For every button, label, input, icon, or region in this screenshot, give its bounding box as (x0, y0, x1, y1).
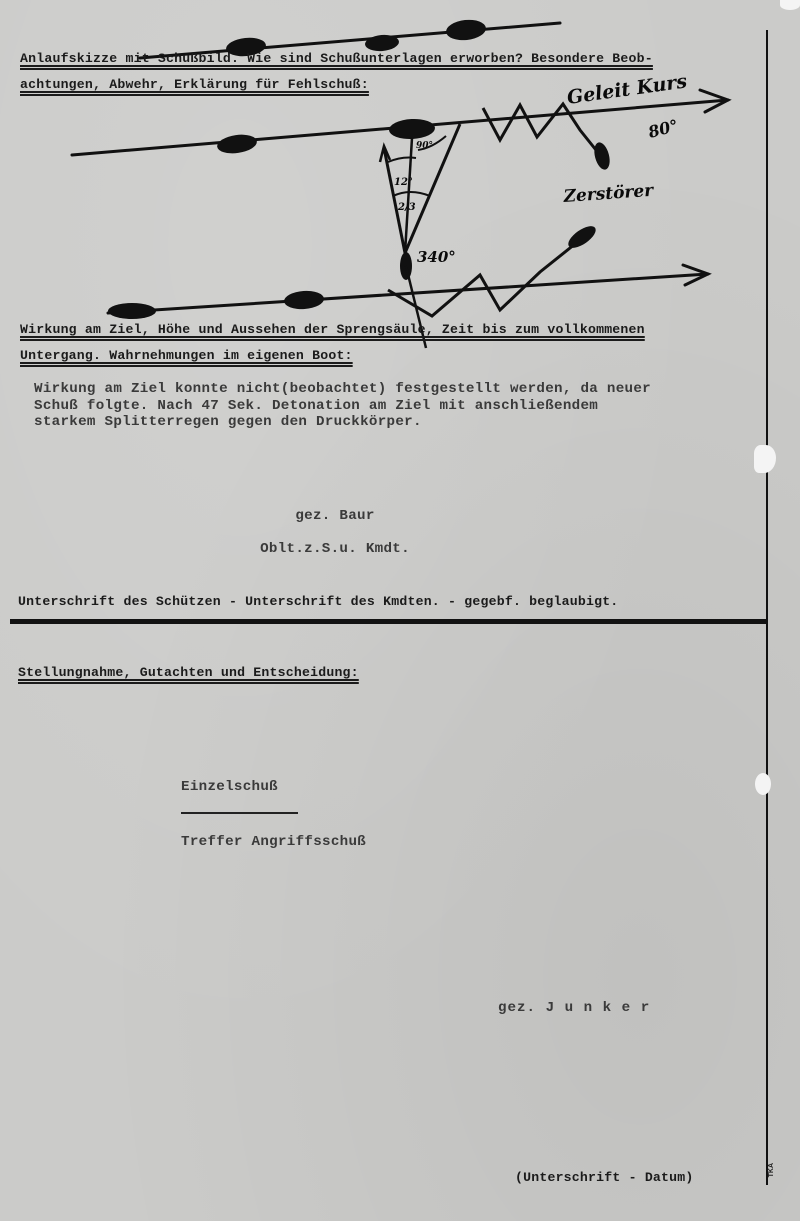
commander-signature: gez. Baur (185, 508, 485, 524)
strike-rule (181, 812, 298, 814)
punch-hole (780, 0, 800, 10)
shot-result: Treffer Angriffsschuß (181, 834, 366, 850)
document-page (0, 0, 800, 1221)
signature-caption: Unterschrift des Schützen - Unterschrift… (18, 594, 618, 609)
signature-date-caption: (Unterschrift - Datum) (515, 1170, 694, 1185)
sketch-section-label: achtungen, Abwehr, Erklärung für Fehlsch… (20, 77, 369, 92)
archive-stamp: TKA (768, 1163, 775, 1177)
commander-rank: Oblt.z.S.u. Kmdt. (185, 541, 485, 557)
section-divider (10, 619, 766, 624)
effect-section-label: Untergang. Wahrnehmungen im eigenen Boot… (20, 348, 353, 363)
sketch-section-label: Anlaufskizze mit Schußbild. Wie sind Sch… (20, 51, 653, 66)
shot-type: Einzelschuß (181, 779, 278, 795)
effect-text-line: starkem Splitterregen gegen den Druckkör… (34, 414, 422, 430)
effect-section-label: Wirkung am Ziel, Höhe und Aussehen der S… (20, 322, 645, 337)
effect-text-line: Schuß folgte. Nach 47 Sek. Detonation am… (34, 398, 598, 414)
margin-line (766, 30, 768, 1185)
punch-hole (755, 773, 771, 795)
reviewer-signature: gez. J u n k e r (498, 1000, 650, 1016)
decision-section-label: Stellungnahme, Gutachten und Entscheidun… (18, 665, 359, 680)
effect-text-line: Wirkung am Ziel konnte nicht(beobachtet)… (34, 381, 651, 397)
